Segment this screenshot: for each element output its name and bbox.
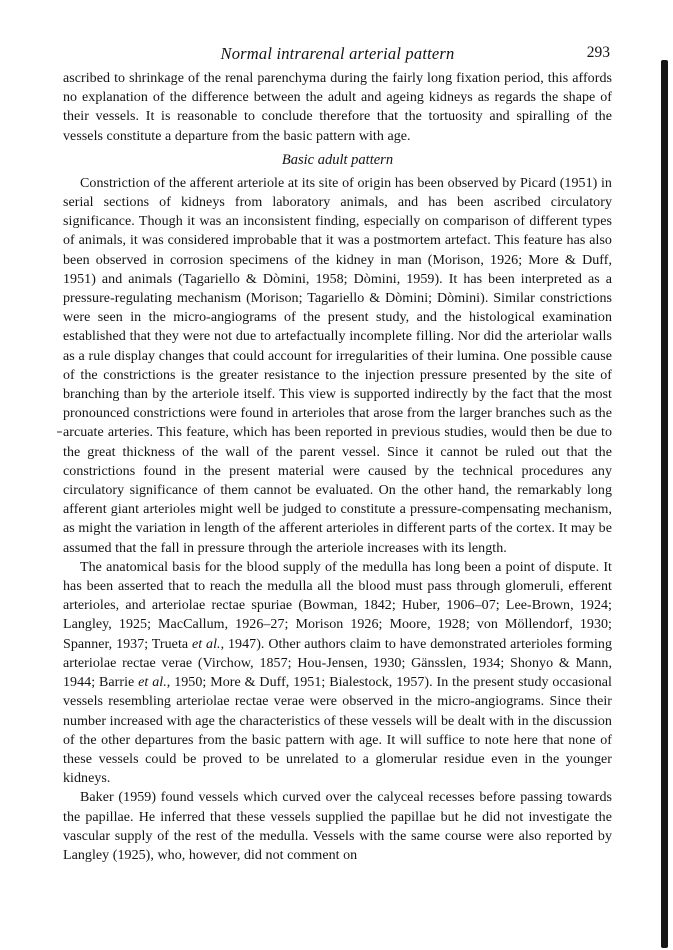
scan-speck: [57, 431, 62, 433]
section-heading: Basic adult pattern: [63, 151, 612, 170]
scan-edge-bar: [661, 60, 668, 948]
running-header: Normal intrarenal arterial pattern 293: [63, 44, 612, 64]
page-number: 293: [587, 44, 610, 62]
italic-text-segment: et al.: [138, 675, 167, 690]
paragraph: Baker (1959) found vessels which curved …: [63, 788, 612, 865]
paragraph: Constriction of the afferent arteriole a…: [63, 174, 612, 558]
scanned-paper-page: Normal intrarenal arterial pattern 293 a…: [0, 0, 673, 950]
body-text-block: ascribed to shrinkage of the renal paren…: [63, 69, 612, 865]
text-segment: , 1950; More & Duff, 1951; Bialestock, 1…: [63, 675, 612, 786]
paragraph: The anatomical basis for the blood suppl…: [63, 558, 612, 788]
text-segment: Constriction of the afferent arteriole a…: [63, 176, 612, 556]
italic-text-segment: et al.: [192, 637, 221, 652]
text-segment: Baker (1959) found vessels which curved …: [63, 790, 612, 863]
text-segment: ascribed to shrinkage of the renal paren…: [63, 71, 612, 144]
running-header-title: Normal intrarenal arterial pattern: [63, 44, 612, 64]
paragraph: ascribed to shrinkage of the renal paren…: [63, 69, 612, 146]
